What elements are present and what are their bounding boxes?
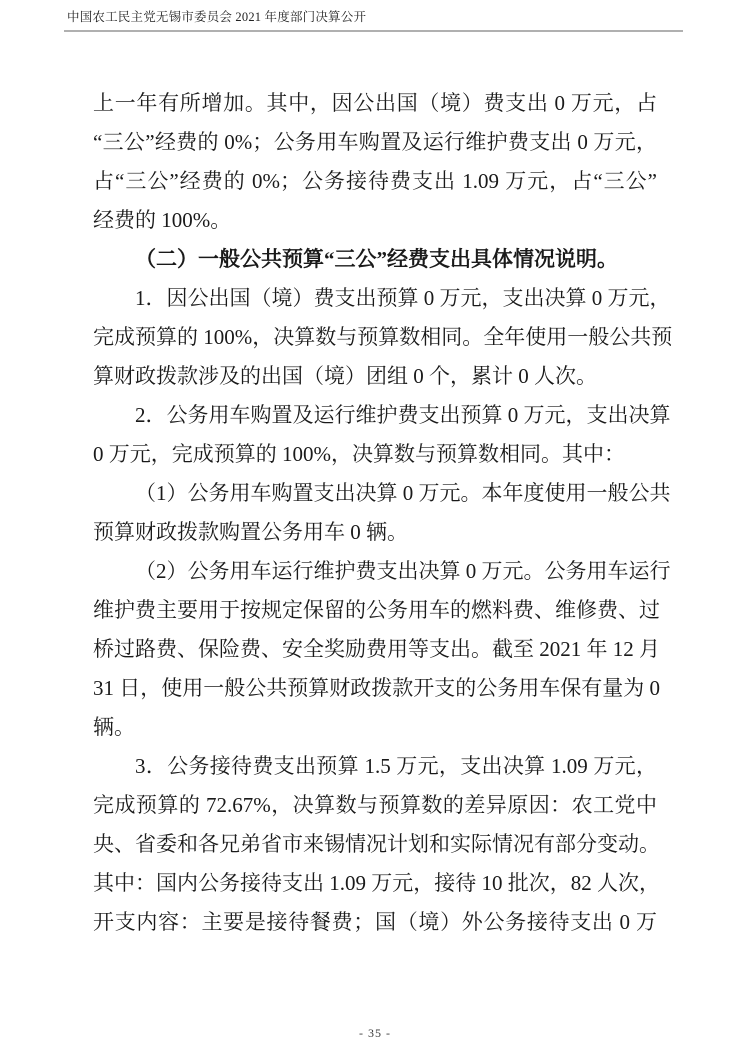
body-text-line: 0 万元，完成预算的 100%，决算数与预算数相同。其中：	[93, 435, 657, 474]
body-text-line: 辆。	[93, 708, 657, 747]
body-text-line: 算财政拨款涉及的出国（境）团组 0 个，累计 0 人次。	[93, 357, 657, 396]
document-body: 上一年有所增加。其中，因公出国（境）费支出 0 万元，占“三公”经费的 0%；公…	[93, 84, 657, 942]
body-text-line: （2）公务用车运行维护费支出决算 0 万元。公务用车运行	[93, 552, 657, 591]
body-text-line: （1）公务用车购置支出决算 0 万元。本年度使用一般公共	[93, 474, 657, 513]
body-text-line: 央、省委和各兄弟省市来锡情况计划和实际情况有部分变动。	[93, 825, 657, 864]
section-heading-line: （二）一般公共预算“三公”经费支出具体情况说明。	[93, 240, 657, 279]
body-text-line: 桥过路费、保险费、安全奖励费用等支出。截至 2021 年 12 月	[93, 630, 657, 669]
body-text-line: “三公”经费的 0%；公务用车购置及运行维护费支出 0 万元，	[93, 123, 657, 162]
body-text-line: 31 日，使用一般公共预算财政拨款开支的公务用车保有量为 0	[93, 669, 657, 708]
header-title: 中国农工民主党无锡市委员会 2021 年度部门决算公开	[67, 10, 366, 25]
page-footer: - 35 -	[0, 1026, 750, 1041]
page-number: - 35 -	[359, 1026, 391, 1040]
header-rule	[64, 30, 683, 32]
body-text-line: 完成预算的 72.67%，决算数与预算数的差异原因：农工党中	[93, 786, 657, 825]
body-text-line: 维护费主要用于按规定保留的公务用车的燃料费、维修费、过	[93, 591, 657, 630]
body-text-line: 开支内容：主要是接待餐费；国（境）外公务接待支出 0 万	[93, 903, 657, 942]
body-text-line: 完成预算的 100%，决算数与预算数相同。全年使用一般公共预	[93, 318, 657, 357]
body-text-line: 2．公务用车购置及运行维护费支出预算 0 万元，支出决算	[93, 396, 657, 435]
body-text-line: 3．公务接待费支出预算 1.5 万元，支出决算 1.09 万元，	[93, 747, 657, 786]
document-page: 中国农工民主党无锡市委员会 2021 年度部门决算公开 上一年有所增加。其中，因…	[0, 0, 750, 1061]
body-text-line: 占“三公”经费的 0%；公务接待费支出 1.09 万元，占“三公”	[93, 162, 657, 201]
body-text-line: 上一年有所增加。其中，因公出国（境）费支出 0 万元，占	[93, 84, 657, 123]
body-text-line: 其中：国内公务接待支出 1.09 万元，接待 10 批次，82 人次，	[93, 864, 657, 903]
body-text-line: 1．因公出国（境）费支出预算 0 万元，支出决算 0 万元，	[93, 279, 657, 318]
body-text-line: 预算财政拨款购置公务用车 0 辆。	[93, 513, 657, 552]
body-text-line: 经费的 100%。	[93, 201, 657, 240]
